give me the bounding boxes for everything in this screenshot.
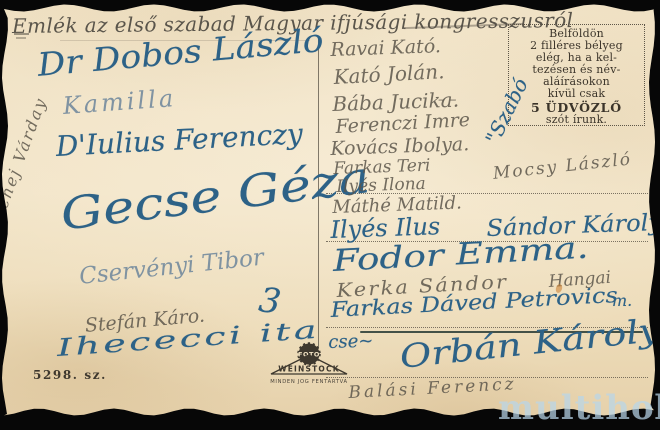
- signature-text: – –: [438, 92, 456, 108]
- pencil-underline-mark: [16, 37, 26, 39]
- signature-text: Cservényi Tibor: [78, 245, 265, 290]
- postcard-card: Emlék az első szabad Magyar ifjúsági kon…: [0, 0, 660, 430]
- watermark-text: multihobby: [498, 388, 660, 428]
- signature-text: Orbán Károly: [398, 311, 660, 376]
- signature-text: Kató Jolán.: [333, 59, 445, 89]
- signature-text: Balási Ferencz: [348, 374, 517, 403]
- stamp-box-line: 5 ÜDVÖZLŐ: [509, 101, 644, 114]
- signature-text: Schej Várday: [0, 94, 50, 223]
- postage-instruction-box: Belföldön2 filléres bélyegelég, ha a kel…: [508, 24, 645, 126]
- signature-text: Ravai Kató.: [330, 35, 441, 61]
- signature-text: m.: [612, 291, 632, 310]
- stamp-box-line: szót írunk.: [509, 114, 644, 126]
- signature-text: Mocsy László: [492, 149, 633, 183]
- publisher-name: WEINSTOCK: [278, 365, 339, 374]
- signature-text: 3: [256, 280, 283, 323]
- publisher-logo: FOTO WEINSTOCK MINDEN JOG FENTARTVA: [264, 342, 354, 388]
- foto-badge-icon: FOTO: [298, 344, 320, 365]
- signature-text: Gecse Géza: [58, 152, 373, 241]
- pencil-underline-mark: [14, 33, 29, 35]
- signature-text: Kamilla: [62, 84, 177, 120]
- serial-number: 5298. sz.: [33, 368, 107, 382]
- rights-notice: MINDEN JOG FENTARTVA: [270, 379, 348, 385]
- signature-text: D'Iulius Ferenczy: [55, 117, 304, 163]
